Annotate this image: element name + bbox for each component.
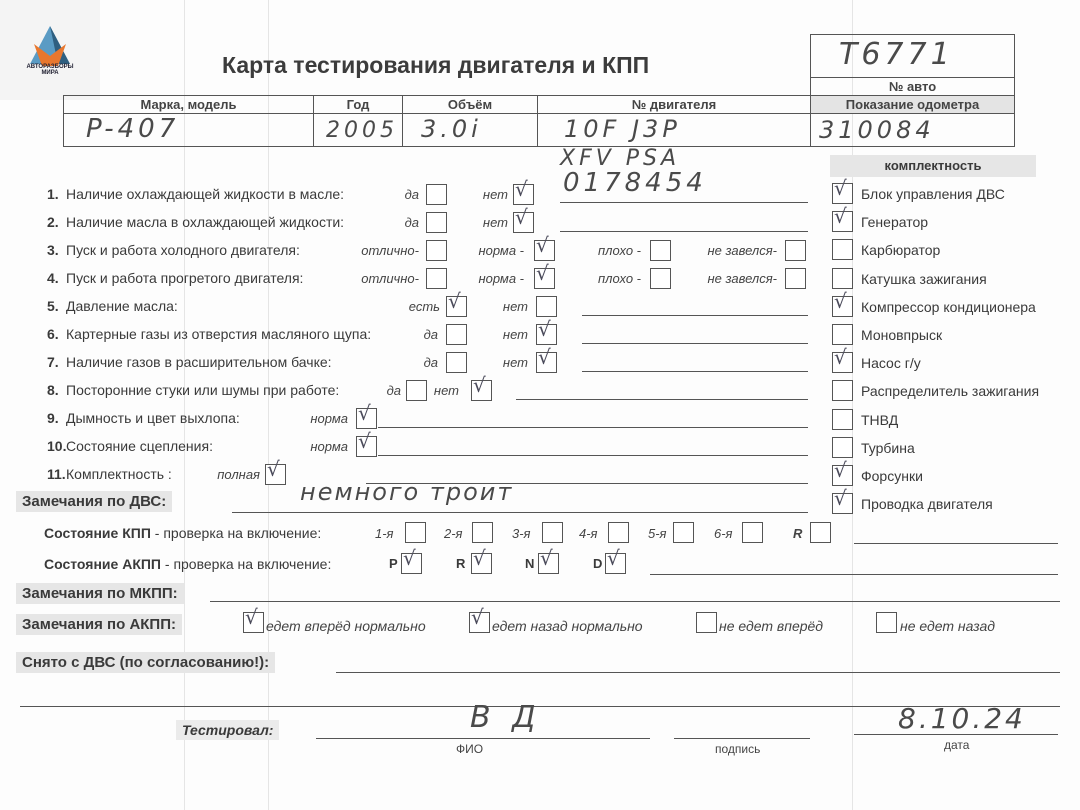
checkbox[interactable] <box>696 612 717 633</box>
date-caption: дата <box>944 738 969 752</box>
question-text: Пуск и работа прогретого двигателя: <box>66 270 303 286</box>
completeness-item-label: Генератор <box>861 214 928 230</box>
option-label: нет <box>503 299 528 314</box>
checkbox[interactable] <box>832 409 853 430</box>
question-number: 9. <box>47 410 59 426</box>
odometer-value: 310084 <box>819 116 935 144</box>
check-mark-icon: √ <box>515 207 528 227</box>
option-label: плохо - <box>598 271 641 286</box>
notes-line[interactable] <box>516 399 808 400</box>
removed-label: Снято с ДВС (по согласованию!): <box>16 652 275 673</box>
gear-label: 6-я <box>714 526 733 541</box>
checkbox[interactable] <box>832 437 853 458</box>
completeness-item-label: Форсунки <box>861 468 923 484</box>
option-label: нет <box>503 327 528 342</box>
engine-number-cell[interactable]: 10F J3P <box>537 113 811 147</box>
check-mark-icon: √ <box>403 548 416 568</box>
gear-label: P <box>389 556 398 571</box>
fio-value: В Д <box>470 700 542 735</box>
completeness-item-label: Карбюратор <box>861 242 940 258</box>
checkbox[interactable] <box>406 380 427 401</box>
kpp-notes-line <box>854 543 1058 544</box>
option-label: плохо - <box>598 243 641 258</box>
checkbox[interactable] <box>832 324 853 345</box>
option-label: не завелся- <box>707 243 777 258</box>
checkbox[interactable]: √ <box>513 184 534 205</box>
option-label: отлично- <box>361 271 419 286</box>
checkbox[interactable]: √ <box>356 408 377 429</box>
check-mark-icon: √ <box>536 263 549 283</box>
check-mark-icon: √ <box>834 347 847 367</box>
car-number-label: № авто <box>810 77 1015 96</box>
notes-line[interactable] <box>582 315 808 316</box>
completeness-item-label: Катушка зажигания <box>861 271 987 287</box>
checkbox[interactable] <box>673 522 694 543</box>
option-label: отлично- <box>361 243 419 258</box>
question-number: 10. <box>47 438 66 454</box>
option-label: не завелся- <box>707 271 777 286</box>
question-text: Давление масла: <box>66 298 178 314</box>
check-mark-icon: √ <box>358 431 371 451</box>
question-text: Пуск и работа холодного двигателя: <box>66 242 300 258</box>
checkbox[interactable] <box>876 612 897 633</box>
check-mark-icon: √ <box>834 206 847 226</box>
make-value: P-407 <box>86 114 179 144</box>
option-label: да <box>424 355 438 370</box>
check-mark-icon: √ <box>473 548 486 568</box>
akpp-remark-option-label: едет назад нормально <box>492 618 643 634</box>
question-text: Наличие охлаждающей жидкости в масле: <box>66 186 344 202</box>
checkbox[interactable] <box>446 324 467 345</box>
checkbox[interactable] <box>785 268 806 289</box>
akpp-label: Состояние АКПП - проверка на включение: <box>44 556 331 572</box>
question-number: 11. <box>47 466 66 482</box>
question-text: Наличие газов в расширительном бачке: <box>66 354 332 370</box>
make-label: Марка, модель <box>63 95 314 114</box>
check-mark-icon: √ <box>834 488 847 508</box>
checkbox[interactable]: √ <box>471 380 492 401</box>
option-label: да <box>405 215 419 230</box>
page-title: Карта тестирования двигателя и КПП <box>222 52 649 79</box>
question-number: 3. <box>47 242 59 258</box>
checkbox[interactable] <box>426 184 447 205</box>
checkbox[interactable]: √ <box>534 268 555 289</box>
checkbox[interactable]: √ <box>401 553 422 574</box>
gear-label: R <box>793 526 802 541</box>
question-text: Дымность и цвет выхлопа: <box>66 410 240 426</box>
check-mark-icon: √ <box>448 291 461 311</box>
volume-label: Объём <box>402 95 538 114</box>
date-value: 8.10.24 <box>898 702 1026 735</box>
checkbox[interactable]: √ <box>446 296 467 317</box>
completeness-item-label: Турбина <box>861 440 915 456</box>
checkbox[interactable]: √ <box>471 553 492 574</box>
question-number: 2. <box>47 214 59 230</box>
check-mark-icon: √ <box>245 607 258 627</box>
odometer-label: Показание одометра <box>810 95 1015 114</box>
checkbox[interactable]: √ <box>832 493 853 514</box>
make-cell[interactable]: P-407 <box>63 113 314 147</box>
check-mark-icon: √ <box>536 235 549 255</box>
question-text: Комплектность : <box>66 466 172 482</box>
question-text: Посторонние стуки или шумы при работе: <box>66 382 339 398</box>
check-mark-icon: √ <box>471 607 484 627</box>
checkbox[interactable] <box>426 268 447 289</box>
checkbox[interactable]: √ <box>356 436 377 457</box>
engine-remarks-value[interactable]: немного троит <box>300 478 513 506</box>
check-mark-icon: √ <box>267 459 280 479</box>
gear-label: 1-я <box>375 526 394 541</box>
year-value: 2005 <box>326 118 398 143</box>
option-label: полная <box>217 467 260 482</box>
kpp-label-bold: Состояние КПП <box>44 525 151 541</box>
option-label: нет <box>503 355 528 370</box>
akpp-remark-option-label: не едет вперёд <box>719 618 823 634</box>
akpp-notes-line <box>650 574 1058 575</box>
checkbox[interactable] <box>542 522 563 543</box>
checkbox[interactable]: √ <box>832 211 853 232</box>
checkbox[interactable]: √ <box>469 612 490 633</box>
completeness-item-label: Проводка двигателя <box>861 496 993 512</box>
checkbox[interactable] <box>650 240 671 261</box>
option-label: норма - <box>478 271 524 286</box>
check-mark-icon: √ <box>473 375 486 395</box>
logo-line2: МИРА <box>0 70 100 76</box>
check-mark-icon: √ <box>540 548 553 568</box>
signature-caption: подпись <box>715 742 760 756</box>
checkbox[interactable] <box>446 352 467 373</box>
checkbox[interactable]: √ <box>534 240 555 261</box>
checkbox[interactable] <box>810 522 831 543</box>
fio-line[interactable] <box>316 738 650 739</box>
completeness-item-label: Распределитель зажигания <box>861 383 1039 399</box>
akpp-remark-option-label: едет вперёд нормально <box>266 618 426 634</box>
engine-remarks-line <box>232 512 808 513</box>
engine-number-extra-2: 0178454 <box>563 168 707 198</box>
question-number: 1. <box>47 186 59 202</box>
option-label: норма - <box>478 243 524 258</box>
checkbox[interactable] <box>426 212 447 233</box>
check-mark-icon: √ <box>538 347 551 367</box>
notes-line[interactable] <box>378 427 808 428</box>
option-label: да <box>424 327 438 342</box>
notes-line[interactable] <box>582 343 808 344</box>
odometer-cell[interactable]: 310084 <box>810 113 1015 147</box>
logo: АВТОРАЗБОРЫ МИРА <box>0 0 100 100</box>
check-mark-icon: √ <box>515 179 528 199</box>
question-text: Состояние сцепления: <box>66 438 213 454</box>
completeness-item-label: ТНВД <box>861 412 898 428</box>
notes-line[interactable] <box>378 455 808 456</box>
check-mark-icon: √ <box>607 548 620 568</box>
option-label: да <box>405 187 419 202</box>
engine-number-label: № двигателя <box>537 95 811 114</box>
check-mark-icon: √ <box>538 319 551 339</box>
gear-label: D <box>593 556 602 571</box>
question-number: 6. <box>47 326 59 342</box>
checkbox[interactable]: √ <box>832 465 853 486</box>
engine-extra-line <box>560 202 808 203</box>
checkbox[interactable]: √ <box>536 324 557 345</box>
completeness-item-label: Компрессор кондиционера <box>861 299 1036 315</box>
checkbox[interactable]: √ <box>832 352 853 373</box>
notes-line[interactable] <box>560 231 808 232</box>
completeness-item-label: Насос г/у <box>861 355 921 371</box>
option-label: есть <box>409 299 440 314</box>
checkbox[interactable]: √ <box>538 553 559 574</box>
car-number-cell[interactable]: T6771 <box>810 34 1015 78</box>
checkbox[interactable] <box>536 296 557 317</box>
engine-number-value: 10F J3P <box>564 115 681 143</box>
checkbox[interactable] <box>785 240 806 261</box>
checkbox[interactable] <box>608 522 629 543</box>
gear-label: 5-я <box>648 526 667 541</box>
option-label: нет <box>483 215 508 230</box>
check-mark-icon: √ <box>834 178 847 198</box>
checkbox[interactable]: √ <box>243 612 264 633</box>
engine-remarks-label: Замечания по ДВС: <box>16 491 172 512</box>
question-number: 7. <box>47 354 59 370</box>
completeness-title: комплектность <box>830 155 1036 177</box>
check-mark-icon: √ <box>834 460 847 480</box>
option-label: да <box>387 383 401 398</box>
option-label: нет <box>483 187 508 202</box>
gear-label: R <box>456 556 465 571</box>
option-label: норма <box>310 439 348 454</box>
akpp-remark-option-label: не едет назад <box>900 618 995 634</box>
akpp-label-rest: - проверка на включение: <box>161 556 331 572</box>
checkbox[interactable]: √ <box>832 183 853 204</box>
tested-by-label: Тестировал: <box>176 720 279 740</box>
car-number-value: T6771 <box>839 37 954 72</box>
check-mark-icon: √ <box>834 291 847 311</box>
mkpp-remarks-line[interactable] <box>210 601 1060 602</box>
option-label: нет <box>434 383 459 398</box>
checkbox[interactable] <box>650 268 671 289</box>
mkpp-remarks-label: Замечания по МКПП: <box>16 583 184 604</box>
question-number: 8. <box>47 382 59 398</box>
option-label: норма <box>310 411 348 426</box>
checkbox[interactable] <box>832 268 853 289</box>
question-number: 4. <box>47 270 59 286</box>
gear-label: 3-я <box>512 526 531 541</box>
kpp-label-rest: - проверка на включение: <box>151 525 321 541</box>
signature-line[interactable] <box>674 738 810 739</box>
logo-text: АВТОРАЗБОРЫ МИРА <box>0 64 100 76</box>
kpp-label: Состояние КПП - проверка на включение: <box>44 525 321 541</box>
checkbox[interactable] <box>426 240 447 261</box>
volume-cell[interactable]: 3.0i <box>402 113 538 147</box>
checkbox[interactable]: √ <box>513 212 534 233</box>
gear-label: N <box>525 556 534 571</box>
fio-caption: ФИО <box>456 742 483 756</box>
akpp-remarks-label: Замечания по АКПП: <box>16 614 182 635</box>
completeness-item-label: Блок управления ДВС <box>861 186 1005 202</box>
checkbox[interactable] <box>742 522 763 543</box>
completeness-item-label: Моновпрыск <box>861 327 942 343</box>
year-label: Год <box>313 95 403 114</box>
notes-line[interactable] <box>582 371 808 372</box>
question-text: Картерные газы из отверстия масляного щу… <box>66 326 371 342</box>
gear-label: 4-я <box>579 526 598 541</box>
checkbox[interactable] <box>472 522 493 543</box>
checkbox[interactable]: √ <box>536 352 557 373</box>
checkbox[interactable] <box>832 380 853 401</box>
checkbox[interactable]: √ <box>605 553 626 574</box>
check-mark-icon: √ <box>358 403 371 423</box>
question-number: 5. <box>47 298 59 314</box>
checkbox[interactable]: √ <box>832 296 853 317</box>
checkbox[interactable]: √ <box>265 464 286 485</box>
question-text: Наличие масла в охлаждающей жидкости: <box>66 214 344 230</box>
year-cell[interactable]: 2005 <box>313 113 403 147</box>
checkbox[interactable] <box>405 522 426 543</box>
akpp-label-bold: Состояние АКПП <box>44 556 161 572</box>
volume-value: 3.0i <box>421 115 482 143</box>
gear-label: 2-я <box>444 526 463 541</box>
removed-line[interactable] <box>336 672 1060 673</box>
checkbox[interactable] <box>832 239 853 260</box>
